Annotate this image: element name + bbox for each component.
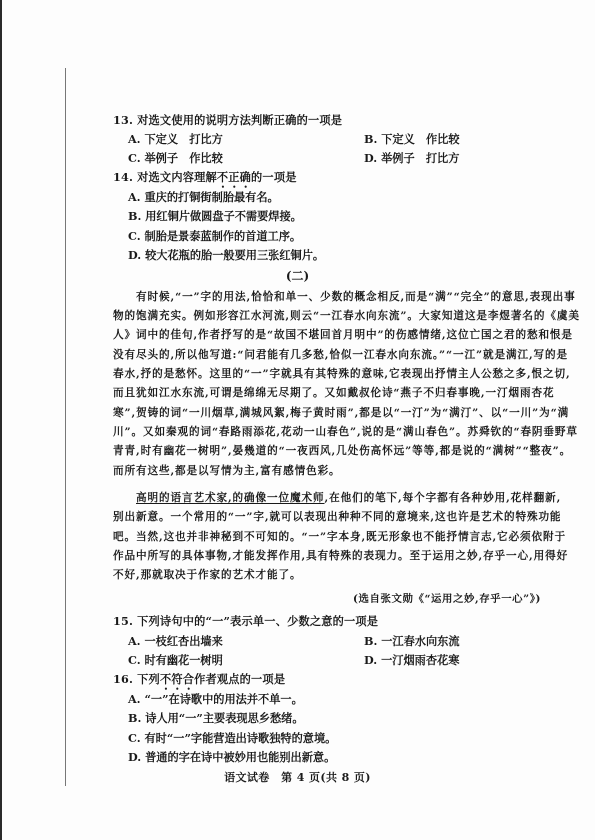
- passage-line: 有时候,“一”字的用法,恰恰和单一、少数的概念相反,而是“满”“完全”的意思,表…: [136, 290, 540, 304]
- question-14-option-a: A. 重庆的打铜街制胎最有名。: [128, 190, 279, 204]
- passage-text: ,在他们的笔下,每个字都有各种妙用,花样翻新,: [325, 492, 562, 504]
- stem-suffix: 的一项是: [251, 170, 297, 184]
- question-16-option-a: A. “一”在诗歌中的用法并不单一。: [128, 692, 303, 706]
- passage-line: 川”。又如秦观的词“春路雨添花,花动一山春色”,说的是“满山春色”。苏舜钦的“春…: [113, 425, 540, 439]
- passage-line: 不好,那就取决于作家的艺术才能了。: [113, 568, 540, 582]
- passage-line: 吧。当然,这也并非神秘到不可知的。“一”字本身,既无形象也不能抒情言志,它必须依…: [113, 530, 540, 544]
- passage-line: 物的饱满充实。例如形容江水河流,则云“一江春水向东流”。大家知道这是李煜著名的《…: [113, 309, 540, 323]
- page-footer: 语文试卷 第 4 页(共 8 页): [0, 771, 595, 785]
- question-16-option-b: B. 诗人用“一”主要表现思乡愁绪。: [128, 711, 304, 725]
- underlined-sentence: 高明的语言艺术家,的确像一位魔术师: [136, 492, 325, 504]
- stem-emphasis: 不正确: [217, 170, 251, 184]
- question-14-option-d: D. 较大花瓶的胎一般要用三张红铜片。: [128, 248, 324, 262]
- passage-line: 青青,时有幽花一树明”,晏幾道的“一夜西风,几处伤高怀远”等等,都是说的“满树”…: [113, 444, 540, 458]
- question-13-option-d: D. 举例子 打比方: [364, 151, 459, 165]
- passage-line: 作品中所写的具体事物,才能发挥作用,具有特殊的表现力。至于运用之妙,存乎一心,用…: [113, 549, 540, 563]
- question-16-option-d: D. 普通的字在诗中被妙用也能别出新意。: [128, 750, 335, 764]
- passage-line: 而所有这些,都是以写情为主,富有感情色彩。: [113, 464, 540, 478]
- stem-emphasis: 不符合: [160, 672, 194, 686]
- passage-line: 别出新意。一个常用的“一”字,就可以表现出种种不同的意境来,这也许是艺术的特殊功…: [113, 510, 540, 524]
- question-13-option-a: A. 下定义 打比方: [128, 132, 223, 146]
- question-13-option-c: C. 举例子 作比较: [128, 151, 223, 165]
- passage-source: (选自张文勋《“运用之妙,存乎一心”》): [353, 592, 541, 606]
- question-13-option-b: B. 下定义 作比较: [364, 132, 460, 146]
- question-13-stem: 13. 对选文使用的说明方法判断正确的一项是: [113, 113, 342, 127]
- stem-prefix: 16. 下列: [113, 672, 160, 686]
- stem-prefix: 14. 对选文内容理解: [113, 170, 217, 184]
- scan-edge-strip: [0, 0, 2, 840]
- question-15-option-c: C. 时有幽花一树明: [128, 653, 223, 667]
- question-14-option-b: B. 用红铜片做圆盘子不需要焊接。: [128, 209, 302, 223]
- passage-line: 高明的语言艺术家,的确像一位魔术师,在他们的笔下,每个字都有各种妙用,花样翻新,: [136, 491, 540, 505]
- question-15-option-a: A. 一枝红杏出墙来: [128, 634, 223, 648]
- question-16-stem: 16. 下列不符合作者观点的一项是: [113, 672, 285, 693]
- passage-line: 寒”,贺铸的词“一川烟草,满城风絮,梅子黄时雨”,都是以“一汀”为“满汀”、以“…: [113, 406, 540, 420]
- binding-margin-rule: [65, 68, 66, 786]
- question-15-stem: 15. 下列诗句中的“一”表示单一、少数之意的一项是: [113, 614, 378, 628]
- question-15-option-b: B. 一江春水向东流: [364, 634, 460, 648]
- section-title: (二): [0, 269, 595, 283]
- question-14-option-c: C. 制胎是景泰蓝制作的首道工序。: [128, 229, 301, 243]
- passage-line: 人》词中的佳句,作者抒写的是“故国不堪回首月明中”的伤感情绪,这位亡国之君的愁和…: [113, 328, 540, 342]
- question-14-stem: 14. 对选文内容理解不正确的一项是: [113, 170, 297, 191]
- passage-line: 而且犹如江水东流,可谓是绵绵无尽期了。又如戴叔伦诗“燕子不归春事晚,一汀烟雨杏花: [113, 386, 540, 400]
- question-15-option-d: D. 一汀烟雨杏花寒: [364, 653, 459, 667]
- passage-line: 春水,抒的是愁怀。这里的“一”字就具有其特殊的意味,它表现出抒情主人公愁之多,恨…: [113, 367, 540, 381]
- stem-suffix: 作者观点的一项是: [194, 672, 285, 686]
- passage-line: 没有尽头的,所以他写道:“问君能有几多愁,恰似一江春水向东流。”“一江”就是满江…: [113, 348, 540, 362]
- question-16-option-c: C. 有时“一”字能营造出诗歌独特的意境。: [128, 731, 336, 745]
